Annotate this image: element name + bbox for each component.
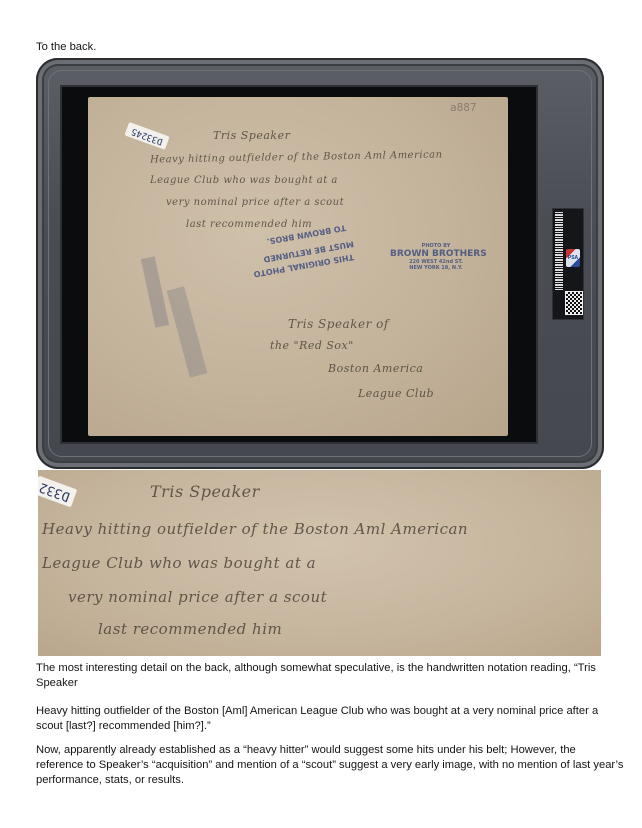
inventory-number: a887 <box>450 101 477 114</box>
inventory-sticker: D33245 <box>125 122 170 150</box>
handwriting-line: Tris Speaker <box>150 482 260 501</box>
intro-text: To the back. <box>36 40 96 55</box>
qr-code-icon <box>565 291 583 315</box>
paragraph: Heavy hitting outfielder of the Boston [… <box>36 704 621 734</box>
handwriting-line: Tris Speaker of <box>288 317 389 331</box>
handwriting-closeup-image: D332 Tris Speaker Heavy hitting outfield… <box>38 470 601 656</box>
inventory-sticker: D332 <box>38 476 77 508</box>
handwriting-line: Heavy hitting outfielder of the Boston A… <box>150 149 443 165</box>
barcode-icon <box>555 212 563 290</box>
psa-label: PSA <box>552 208 584 320</box>
handwriting-line: the "Red Sox" <box>270 339 354 352</box>
brown-brothers-stamp: PHOTO BY BROWN BROTHERS 220 WEST 42nd ST… <box>390 243 482 271</box>
faded-stamp <box>167 286 208 378</box>
handwriting-line: Tris Speaker <box>213 129 290 142</box>
holder-window: a887 D33245 Tris Speaker Heavy hitting o… <box>62 87 536 442</box>
handwriting-line: Heavy hitting outfielder of the Boston A… <box>42 520 468 538</box>
handwriting-line: last recommended him <box>186 219 312 230</box>
paragraph: The most interesting detail on the back,… <box>36 661 621 691</box>
handwriting-line: very nominal price after a scout <box>166 197 344 208</box>
psa-slab-holder: a887 D33245 Tris Speaker Heavy hitting o… <box>36 58 604 469</box>
handwriting-line: very nominal price after a scout <box>68 588 327 606</box>
handwriting-line: Boston America <box>328 362 423 375</box>
handwriting-line: last recommended him <box>98 620 282 638</box>
photo-back-image: a887 D33245 Tris Speaker Heavy hitting o… <box>88 97 508 436</box>
handwriting-line: League Club <box>358 387 434 400</box>
handwriting-line: League Club who was bought at a <box>42 554 316 572</box>
handwriting-line: League Club who was bought at a <box>150 175 338 186</box>
paragraph: Now, apparently already established as a… <box>36 743 626 788</box>
faded-stamp <box>141 256 169 327</box>
psa-logo-icon: PSA <box>566 249 580 267</box>
